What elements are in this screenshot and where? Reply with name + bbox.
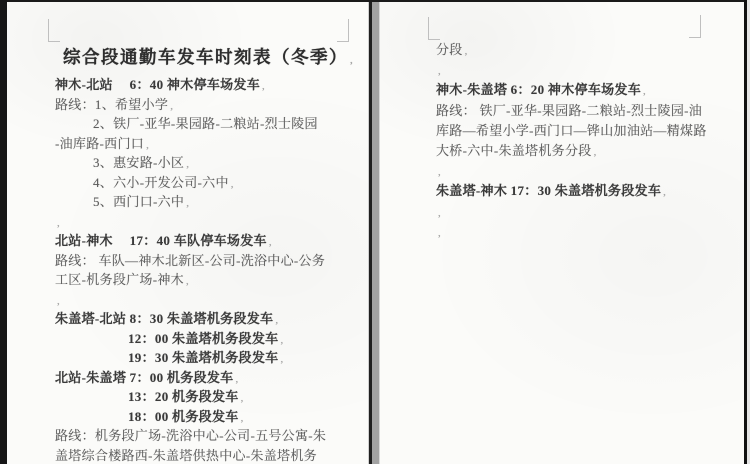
page-2-text: 分段,,神木-朱盖塔 6：20 神木停车场发车,路线： 铁厂-亚华-果园路-二粮… — [436, 40, 736, 242]
doc-line: 工区-机务段广场-神木, — [55, 270, 360, 290]
doc-line-text: 北站-神木 17：40 车队停车场发车 — [55, 233, 267, 248]
paragraph-mark: , — [231, 178, 234, 190]
doc-line: 神木-北站 6：40 神木停车场发车, — [55, 75, 360, 95]
doc-line-text: 路线： 车队—神木北新区-公司-洗浴中心-公务 — [55, 253, 325, 268]
paragraph-mark: , — [438, 227, 441, 239]
paragraph-mark: , — [262, 80, 265, 92]
doc-line-text: 大桥-六中-朱盖塔机务分段 — [436, 143, 592, 158]
paragraph-mark: , — [146, 139, 149, 151]
doc-line-text: 13：20 机务段发车 — [128, 389, 239, 404]
doc-line-text: 朱盖塔-神木 17：30 朱盖塔机务段发车 — [436, 183, 661, 198]
margin-corner-mark — [48, 19, 60, 42]
doc-line-text: 2、铁厂-亚华-果园路-二粮站-烈士陵园 — [93, 116, 318, 131]
doc-line: 12：00 朱盖塔机务段发车, — [55, 329, 360, 349]
doc-line: 路线：机务段广场-洗浴中心-公司-五号公寓-朱 — [55, 426, 360, 446]
doc-line: , — [436, 161, 736, 181]
doc-line: 2、铁厂-亚华-果园路-二粮站-烈士陵园 — [55, 114, 360, 134]
doc-line: 路线： 车队—神木北新区-公司-洗浴中心-公务 — [55, 251, 360, 271]
paragraph-mark: , — [280, 334, 283, 346]
paragraph-mark: , — [57, 295, 60, 307]
paragraph-mark: , — [170, 100, 173, 112]
doc-line-text: 库路—希望小学-西门口—铧山加油站—精煤路 — [436, 123, 707, 138]
doc-line-text: -油库路-西门口 — [55, 136, 144, 151]
page-separator — [368, 0, 380, 464]
doc-line: , — [436, 202, 736, 222]
paragraph-mark: , — [643, 85, 646, 97]
doc-line: 4、六小-开发公司-六中, — [55, 173, 360, 193]
doc-line: 朱盖塔-北站 8：30 朱盖塔机务段发车, — [55, 309, 360, 329]
paragraph-mark: , — [57, 217, 60, 229]
document-title: 综合段通勤车发车时刻表（冬季）, — [55, 43, 360, 75]
doc-line: 大桥-六中-朱盖塔机务分段, — [436, 141, 736, 161]
window-top-edge — [0, 0, 750, 2]
doc-line: 神木-朱盖塔 6：20 神木停车场发车, — [436, 80, 736, 100]
paragraph-mark: , — [663, 186, 666, 198]
doc-line-text: 12：00 朱盖塔机务段发车 — [128, 331, 278, 346]
doc-line: 盖塔综合楼路西-朱盖塔供热中心-朱盖塔机务 — [55, 446, 360, 464]
margin-corner-mark — [689, 15, 701, 38]
page-1-text: 综合段通勤车发车时刻表（冬季）,神木-北站 6：40 神木停车场发车,路线：1、… — [55, 43, 360, 464]
page-1: 综合段通勤车发车时刻表（冬季）,神木-北站 6：40 神木停车场发车,路线：1、… — [7, 2, 368, 464]
doc-line: 路线：1、希望小学, — [55, 95, 360, 115]
paragraph-mark: , — [280, 353, 283, 365]
doc-line-text: 综合段通勤车发车时刻表（冬季） — [63, 47, 348, 67]
doc-line-text: 神木-北站 6：40 神木停车场发车 — [55, 77, 260, 92]
doc-line: 朱盖塔-神木 17：30 朱盖塔机务段发车, — [436, 181, 736, 201]
doc-line: -油库路-西门口, — [55, 134, 360, 154]
paragraph-mark: , — [438, 166, 441, 178]
paragraph-mark: , — [594, 146, 597, 158]
doc-line-text: 分段 — [436, 42, 463, 57]
paragraph-mark: , — [438, 65, 441, 77]
doc-line: 3、惠安路-小区, — [55, 153, 360, 173]
doc-line-text: 5、西门口-六中 — [93, 194, 184, 209]
margin-corner-mark — [428, 17, 440, 40]
doc-line: 北站-神木 17：40 车队停车场发车, — [55, 231, 360, 251]
document-scan-view: 综合段通勤车发车时刻表（冬季）,神木-北站 6：40 神木停车场发车,路线：1、… — [0, 0, 750, 464]
paragraph-mark: , — [186, 158, 189, 170]
doc-line: , — [436, 222, 736, 242]
doc-line: 5、西门口-六中, — [55, 192, 360, 212]
doc-line: , — [55, 212, 360, 232]
doc-line: , — [436, 60, 736, 80]
paragraph-mark: , — [241, 412, 244, 424]
doc-line-text: 盖塔综合楼路西-朱盖塔供热中心-朱盖塔机务 — [55, 448, 317, 463]
doc-line: 路线： 铁厂-亚华-果园路-二粮站-烈士陵园-油 — [436, 101, 736, 121]
doc-line-text: 工区-机务段广场-神木 — [55, 272, 184, 287]
paragraph-mark: , — [186, 275, 189, 287]
doc-line-text: 18：00 机务段发车 — [128, 409, 239, 424]
paragraph-mark: , — [241, 392, 244, 404]
doc-line-text: 神木-朱盖塔 6：20 神木停车场发车 — [436, 82, 641, 97]
doc-line-text: 3、惠安路-小区 — [93, 155, 184, 170]
doc-line-text: 北站-朱盖塔 7：00 机务段发车 — [55, 370, 233, 385]
doc-line-text: 路线：机务段广场-洗浴中心-公司-五号公寓-朱 — [55, 428, 326, 443]
doc-line-text: 4、六小-开发公司-六中 — [93, 175, 229, 190]
doc-line: 北站-朱盖塔 7：00 机务段发车, — [55, 368, 360, 388]
doc-line: 库路—希望小学-西门口—铧山加油站—精煤路 — [436, 121, 736, 141]
paragraph-mark: , — [186, 197, 189, 209]
doc-line: 19：30 朱盖塔机务段发车, — [55, 348, 360, 368]
doc-line: 18：00 机务段发车, — [55, 407, 360, 427]
doc-line-text: 路线：1、希望小学 — [55, 97, 168, 112]
paragraph-mark: , — [438, 207, 441, 219]
doc-line: , — [55, 290, 360, 310]
doc-line-text: 朱盖塔-北站 8：30 朱盖塔机务段发车 — [55, 311, 273, 326]
paragraph-mark: , — [350, 54, 354, 66]
margin-corner-mark — [337, 19, 349, 42]
paragraph-mark: , — [269, 236, 272, 248]
doc-line-text: 19：30 朱盖塔机务段发车 — [128, 350, 278, 365]
page-2: 分段,,神木-朱盖塔 6：20 神木停车场发车,路线： 铁厂-亚华-果园路-二粮… — [380, 2, 744, 464]
doc-line: 13：20 机务段发车, — [55, 387, 360, 407]
paragraph-mark: , — [275, 314, 278, 326]
window-left-edge — [0, 0, 7, 464]
paragraph-mark: , — [235, 373, 238, 385]
doc-line: 分段, — [436, 40, 736, 60]
paragraph-mark: , — [465, 45, 468, 57]
doc-line-text: 路线： 铁厂-亚华-果园路-二粮站-烈士陵园-油 — [436, 103, 702, 118]
